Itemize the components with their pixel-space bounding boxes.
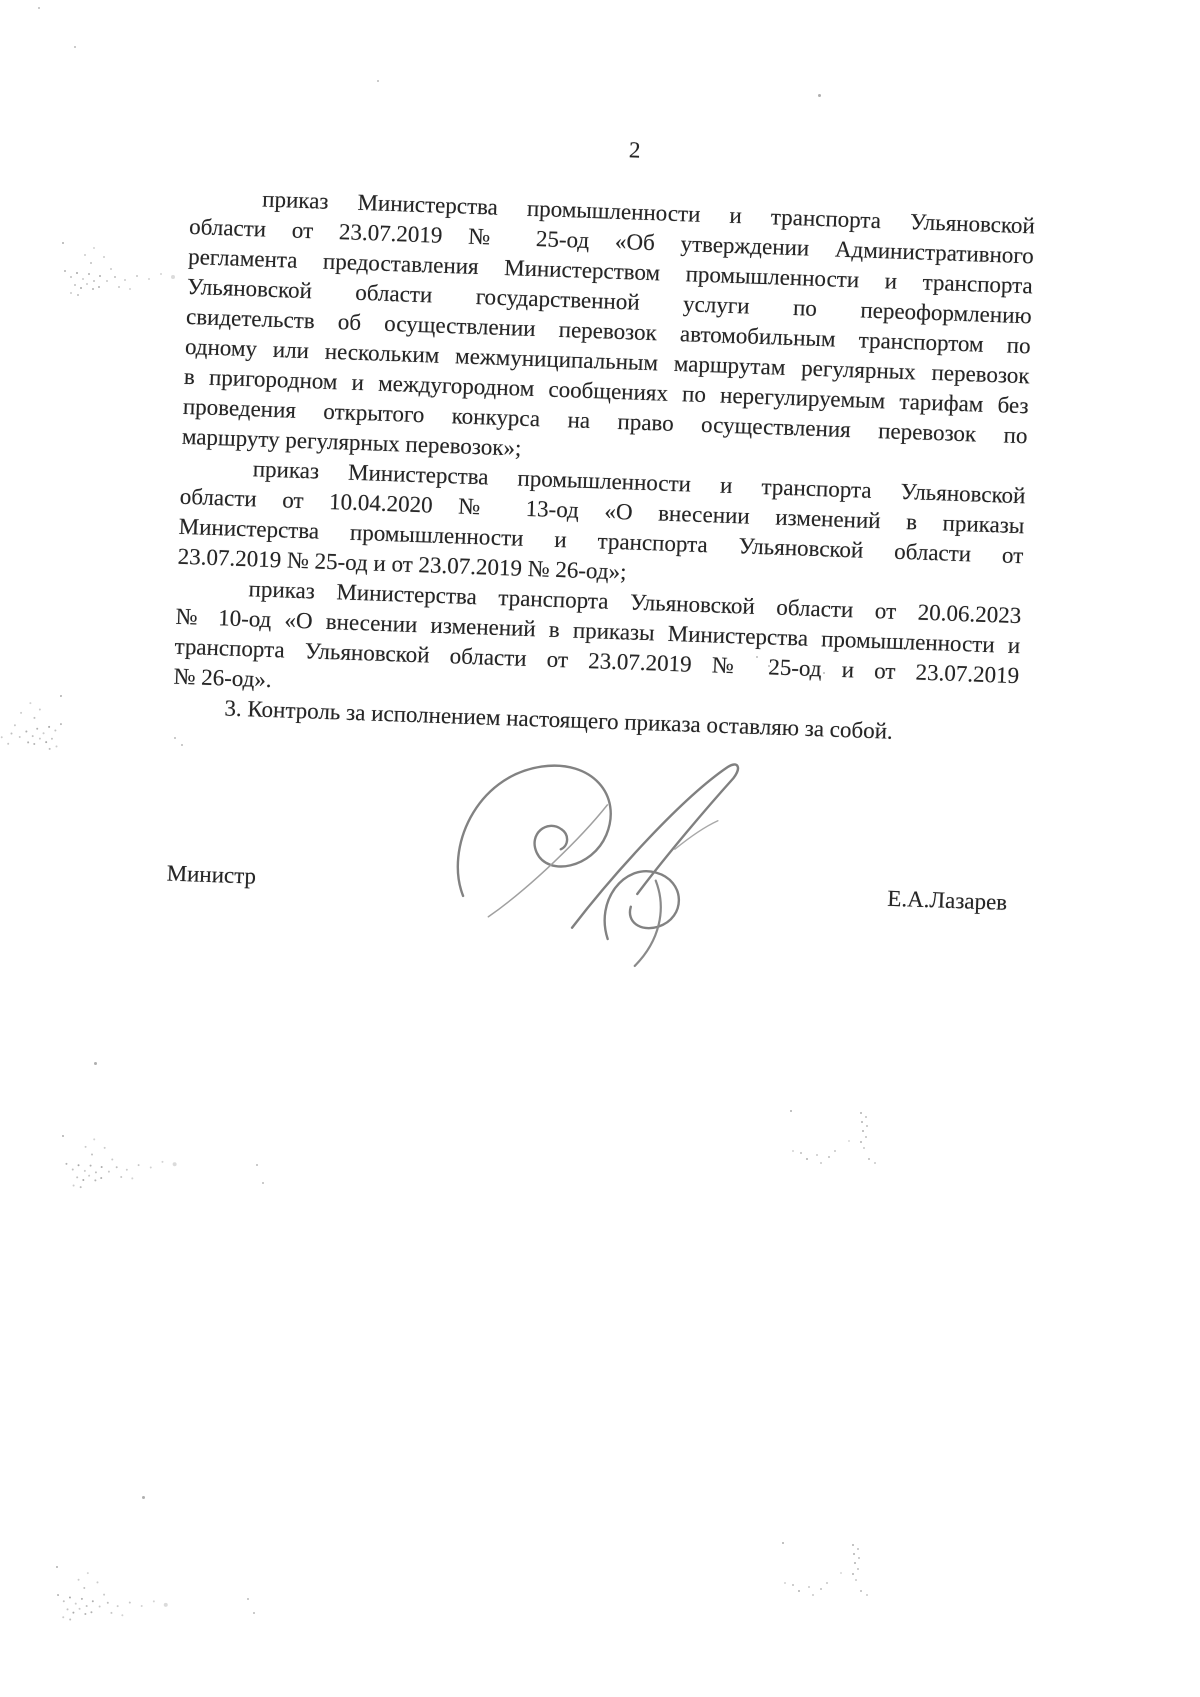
- scan-dot: [38, 7, 40, 9]
- minister-name: Е.А.Лазарев: [887, 884, 1008, 918]
- scan-dot: [94, 1062, 97, 1065]
- noise-speckle: [56, 1566, 58, 1568]
- scan-dot: [823, 672, 825, 674]
- scan-dot: [247, 1598, 249, 1600]
- scan-dot: [74, 46, 76, 48]
- order-paragraph-1: приказ Министерства промышленности и тра…: [181, 182, 1035, 481]
- noise-speckle: [790, 1110, 792, 1112]
- scan-dot: [181, 744, 183, 746]
- scan-dot: [174, 737, 176, 739]
- scan-dot: [768, 665, 770, 667]
- scan-dot: [142, 1496, 145, 1499]
- noise-speckle: [782, 1542, 784, 1544]
- scan-dot: [256, 1164, 258, 1166]
- scanned-document-page: { "page": { "number": "2" }, "document":…: [0, 0, 1200, 1697]
- noise-speckle: [60, 695, 62, 697]
- scan-dot: [756, 656, 758, 658]
- page-number: 2: [232, 121, 1038, 179]
- scan-dot: [377, 80, 379, 82]
- scan-dot: [262, 1182, 264, 1184]
- signature-autograph: [439, 737, 747, 972]
- scan-dot: [253, 1612, 255, 1614]
- noise-speckle: [62, 242, 64, 244]
- document-body: 2 приказ Министерства промышленности и т…: [166, 120, 1037, 918]
- scan-dot: [818, 94, 821, 97]
- noise-speckle: [62, 1135, 64, 1137]
- minister-title: Министр: [166, 859, 256, 892]
